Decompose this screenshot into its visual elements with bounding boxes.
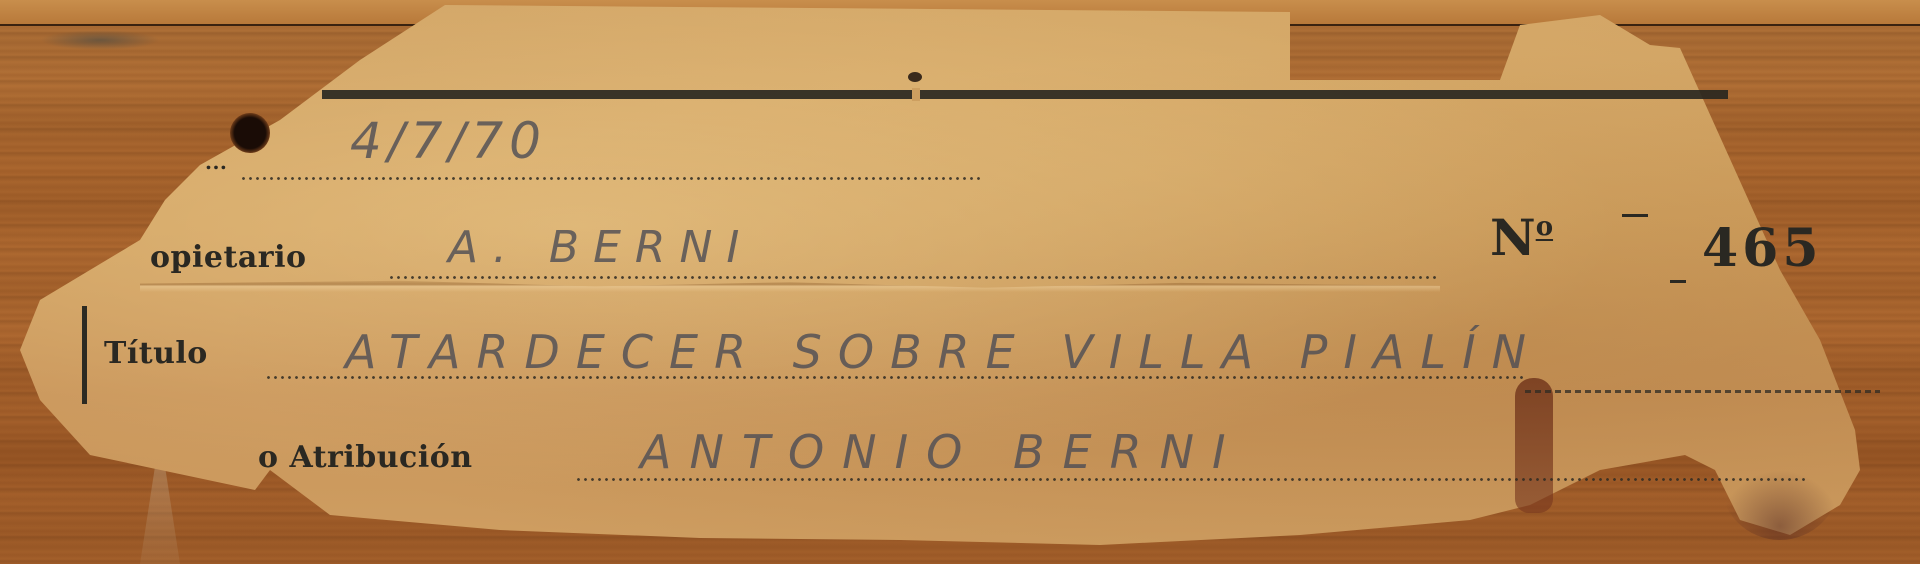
pin-dot bbox=[908, 72, 922, 82]
title-field-value: ATARDECER SOBRE VILLA PIALÍN bbox=[345, 325, 1542, 379]
wood-stain-mark bbox=[40, 30, 160, 50]
number-label-superscript: o bbox=[1536, 212, 1553, 242]
left-vertical-bar bbox=[82, 306, 87, 404]
owner-field-dotline bbox=[388, 276, 1438, 279]
paper-stain bbox=[1515, 378, 1553, 513]
nail-hole bbox=[230, 113, 270, 153]
date-field-dotline bbox=[240, 177, 980, 180]
number-label: No bbox=[1490, 208, 1553, 267]
header-rule bbox=[322, 90, 1728, 99]
owner-field-value: A. BERNI bbox=[448, 222, 753, 273]
owner-field-label: opietario bbox=[150, 240, 306, 275]
serial-tick-bottom bbox=[1670, 280, 1686, 283]
date-field-value: 4/7/70 bbox=[350, 112, 547, 170]
header-rule-gap bbox=[912, 88, 920, 101]
attribution-field-value: ANTONIO BERNI bbox=[640, 425, 1244, 479]
serial-tick-top bbox=[1622, 214, 1648, 217]
title-field-dashline bbox=[1525, 390, 1880, 393]
date-field-label: ... bbox=[205, 150, 227, 174]
serial-number: 465 bbox=[1702, 218, 1823, 279]
attribution-field-label: o Atribución bbox=[258, 440, 473, 475]
title-field-label: Título bbox=[104, 336, 208, 371]
number-label-text: N bbox=[1490, 208, 1536, 267]
